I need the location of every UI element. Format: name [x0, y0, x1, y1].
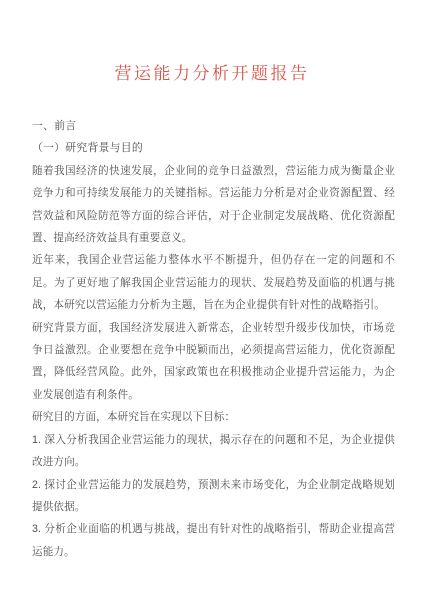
body-paragraphs: 随着我国经济的快速发展，企业间的竞争日益激烈，营运能力成为衡量企业竞争力和可持续…	[32, 160, 395, 563]
paragraph: 3. 分析企业面临的机遇与挑战，提出有针对性的战略指引，帮助企业提高营运能力。	[32, 518, 395, 563]
paragraph: 近年来，我国企业营运能力整体水平不断提升，但仍存在一定的问题和不足。为了更好地了…	[32, 249, 395, 316]
paragraph: 研究目的方面，本研究旨在实现以下目标：	[32, 406, 395, 428]
section-heading-foreword: 一、前言	[32, 115, 392, 137]
paragraph: 随着我国经济的快速发展，企业间的竞争日益激烈，营运能力成为衡量企业竞争力和可持续…	[32, 160, 395, 250]
paragraph: 1. 深入分析我国企业营运能力的现状，揭示存在的问题和不足，为企业提供改进方向。	[32, 429, 395, 474]
paragraph: 研究背景方面，我国经济发展进入新常态，企业转型升级步伐加快，市场竞争日益激烈。企…	[32, 317, 395, 407]
document-page: 营运能力分析开题报告 一、前言 （一）研究背景与目的 随着我国经济的快速发展，企…	[0, 0, 424, 600]
paragraph: 2. 探讨企业营运能力的发展趋势，预测未来市场变化，为企业制定战略规划提供依据。	[32, 474, 395, 519]
document-title: 营运能力分析开题报告	[0, 0, 424, 86]
subsection-heading-background-purpose: （一）研究背景与目的	[32, 137, 392, 159]
